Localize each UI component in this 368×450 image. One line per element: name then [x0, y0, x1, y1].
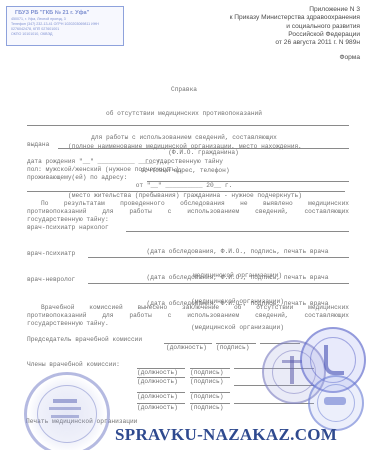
chairman-label: Председатель врачебной комиссии	[27, 336, 142, 344]
doctor-psychiatrist-caption-1: (дата обследования, Ф.И.О., подпись, печ…	[126, 274, 349, 282]
stamp-line-5: ОКПО 10101010, ОКВЭД	[7, 32, 123, 37]
round-seal-right-bottom-icon	[308, 375, 364, 431]
commission-line-2: противопоказаний для работы с использова…	[27, 312, 349, 320]
watermark-text: SPRAVKU-NAZAKAZ.COM	[115, 425, 365, 445]
member-3-position-caption: (должность)	[137, 393, 178, 401]
member-4-position-caption: (должность)	[137, 404, 178, 412]
round-seal-left-icon	[24, 372, 110, 450]
chairman-signature-caption: (подпись)	[216, 344, 249, 352]
result-line-3: государственную тайну:	[27, 216, 109, 224]
member-2-position-caption: (должность)	[137, 378, 178, 386]
doctor-psychiatrist-label: врач-психиатр	[27, 250, 75, 258]
appendix-order: к Приказу Министерства здравоохранения	[140, 14, 360, 22]
doctor-neurologist-label: врач-невролог	[27, 276, 75, 284]
sex-field: пол: мужской/женский (нужное подчеркнуть…	[27, 166, 183, 174]
address-caption: (место жительства (пребывания) гражданин…	[20, 192, 350, 200]
doctor-narcologist-label: врач-психиатр нарколог	[27, 224, 109, 232]
chairman-position-caption: (должность)	[166, 344, 207, 352]
title-date-line: от "__" __________ 20__ г.	[0, 182, 368, 190]
address-label: проживающему(ей) по адресу:	[27, 174, 127, 182]
result-line-2: противопоказаний для работы с использова…	[27, 208, 349, 216]
issued-name-caption: (Ф.И.О. гражданина)	[58, 149, 349, 157]
appendix-date: от 26 августа 2011 г. N 989н	[140, 39, 360, 47]
issued-label: выдана	[27, 141, 49, 149]
title-line-1: Справка	[0, 86, 368, 94]
member-3-signature-caption: (подпись)	[190, 393, 223, 401]
member-4-name-line[interactable]	[234, 403, 314, 404]
appendix-ministry: и социального развития	[140, 23, 360, 31]
member-2-signature-caption: (подпись)	[190, 378, 223, 386]
doctor-narcologist-caption-1: (дата обследования, Ф.И.О., подпись, печ…	[126, 248, 349, 256]
result-line-1: По результатам проведенного обследования…	[27, 200, 349, 208]
member-1-signature-caption: (подпись)	[190, 369, 223, 377]
appendix-header: Приложение N 3 к Приказу Министерства зд…	[140, 6, 360, 47]
stamp-line-1: ГБУЗ РБ "ГКБ № 21 г. Уфа"	[7, 7, 123, 17]
appendix-number: Приложение N 3	[140, 6, 360, 14]
address-line-1[interactable]	[147, 181, 349, 182]
title-line-2: об отсутствии медицинских противопоказан…	[0, 110, 368, 118]
form-label: Форма	[339, 54, 360, 62]
member-1-position-caption: (должность)	[137, 369, 178, 377]
org-name-line	[27, 125, 349, 126]
member-4-signature-caption: (подпись)	[190, 404, 223, 412]
commission-line-3: государственную тайну.	[27, 320, 109, 328]
commission-line-1: Врачебной комиссией вынесено заключение …	[27, 304, 349, 312]
date-of-birth: дата рождения "__" __________ ____ г.,	[27, 158, 168, 166]
appendix-country: Российской Федерации	[140, 31, 360, 39]
members-label: Члены врачебной комиссии:	[27, 361, 120, 369]
organization-corner-stamp: ГБУЗ РБ "ГКБ № 21 г. Уфа" 450071, г. Уфа…	[6, 6, 124, 46]
